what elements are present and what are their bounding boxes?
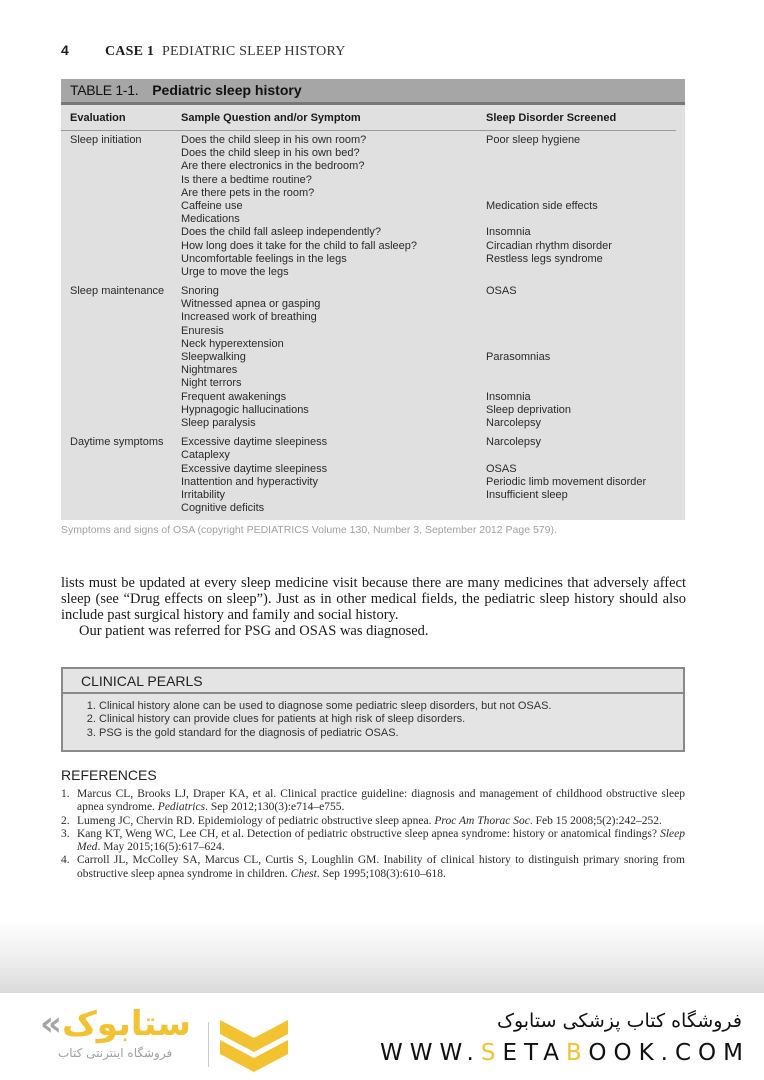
symptom-cell: Urge to move the legs [181, 266, 289, 279]
references-title: REFERENCES [61, 767, 157, 783]
table-row: Does the child sleep in his own room?Poo… [61, 134, 685, 147]
chevron-emblem-icon [218, 1016, 290, 1076]
body-paragraph: lists must be updated at every sleep med… [61, 575, 686, 623]
logo-divider [208, 1022, 209, 1067]
reference-post: . Sep 1995;108(3):610–618. [317, 868, 446, 880]
table-row: SleepwalkingParasomnias [61, 351, 685, 364]
table-row: Increased work of breathing [61, 311, 685, 324]
url-part: WWW. [380, 1040, 481, 1066]
table-body: Sleep initiationDoes the child sleep in … [61, 134, 685, 515]
watermark-footer: «ستابوک فروشگاه اینترنتی کتاب فروشگاه کت… [0, 994, 764, 1080]
store-name: فروشگاه کتاب پزشکی ستابوک [497, 1010, 742, 1032]
reference-item: 2.Lumeng JC, Chervin RD. Epidemiology of… [61, 815, 685, 828]
table-label: TABLE 1-1. [70, 82, 138, 98]
disorder-cell: Insufficient sleep [486, 489, 568, 502]
symptom-cell: Snoring [181, 285, 219, 298]
table-row-group: Daytime symptomsExcessive daytime sleepi… [61, 436, 685, 515]
symptom-cell: Witnessed apnea or gasping [181, 298, 320, 311]
body-paragraph: Our patient was referred for PSG and OSA… [61, 623, 686, 639]
setabook-logo: «ستابوک فروشگاه اینترنتی کتاب [40, 1004, 290, 1069]
symptom-cell: Does the child sleep in his own bed? [181, 147, 360, 160]
clinical-pearls-title: CLINICAL PEARLS [63, 669, 683, 694]
symptom-cell: Are there electronics in the bedroom? [181, 160, 364, 173]
reference-num: 3. [61, 828, 70, 841]
symptom-cell: Cognitive deficits [181, 502, 264, 515]
double-chevron-icon: « [40, 1004, 62, 1044]
symptom-cell: Increased work of breathing [181, 311, 317, 324]
symptom-cell: Inattention and hyperactivity [181, 476, 318, 489]
table-row: Does the child fall asleep independently… [61, 226, 685, 239]
reference-post: . May 2015;16(5):617–624. [97, 841, 224, 853]
disorder-cell: Medication side effects [486, 200, 598, 213]
symptom-cell: Is there a bedtime routine? [181, 174, 312, 187]
url-part: ETA [502, 1040, 566, 1066]
disorder-cell: Periodic limb movement disorder [486, 476, 646, 489]
table-header: Evaluation Sample Question and/or Sympto… [61, 112, 676, 131]
running-head: 4 CASE 1 PEDIATRIC SLEEP HISTORY [61, 42, 346, 60]
clinical-pearls-list: Clinical history alone can be used to di… [63, 700, 683, 740]
disorder-cell: Narcolepsy [486, 417, 541, 430]
references-list: 1.Marcus CL, Brooks LJ, Draper KA, et al… [61, 788, 685, 881]
table-row-group: Sleep initiationDoes the child sleep in … [61, 134, 685, 279]
symptom-cell: Sleep paralysis [181, 417, 256, 430]
table-footnote: Symptoms and signs of OSA (copyright PED… [61, 524, 557, 536]
table-row: SnoringOSAS [61, 285, 685, 298]
table-row: IrritabilityInsufficient sleep [61, 489, 685, 502]
disorder-cell: Insomnia [486, 391, 531, 404]
reference-journal: Pediatrics [158, 801, 205, 813]
table-row: Urge to move the legs [61, 266, 685, 279]
store-url: WWW.SETABOOK.COM [380, 1040, 750, 1066]
table-row: Enuresis [61, 325, 685, 338]
url-part: S [481, 1040, 503, 1066]
disorder-cell: Sleep deprivation [486, 404, 571, 417]
reference-journal: Chest [291, 868, 317, 880]
table-row: How long does it take for the child to f… [61, 240, 685, 253]
table-row: Nightmares [61, 364, 685, 377]
disorder-cell: Parasomnias [486, 351, 550, 364]
table-row: Night terrors [61, 377, 685, 390]
table-row: Hypnagogic hallucinationsSleep deprivati… [61, 404, 685, 417]
disorder-cell: Insomnia [486, 226, 531, 239]
symptom-cell: Medications [181, 213, 240, 226]
column-header-disorder: Sleep Disorder Screened [486, 112, 616, 124]
sleep-history-table: TABLE 1-1. Pediatric sleep history Evalu… [61, 79, 685, 520]
page-number: 4 [61, 42, 105, 58]
symptom-cell: Sleepwalking [181, 351, 246, 364]
table-row: Is there a bedtime routine? [61, 174, 685, 187]
reference-post: . Sep 2012;130(3):e714–e755. [205, 801, 344, 813]
reference-item: 1.Marcus CL, Brooks LJ, Draper KA, et al… [61, 788, 685, 815]
symptom-cell: Excessive daytime sleepiness [181, 463, 327, 476]
table-caption: TABLE 1-1. Pediatric sleep history [61, 79, 685, 105]
reference-pre: Lumeng JC, Chervin RD. Epidemiology of p… [77, 815, 434, 827]
table-row: Are there pets in the room? [61, 187, 685, 200]
table-row: Witnessed apnea or gasping [61, 298, 685, 311]
reference-num: 4. [61, 854, 70, 867]
disorder-cell: Poor sleep hygiene [486, 134, 580, 147]
logo-subtitle: فروشگاه اینترنتی کتاب [58, 1046, 172, 1060]
symptom-cell: Frequent awakenings [181, 391, 286, 404]
symptom-cell: Are there pets in the room? [181, 187, 314, 200]
symptom-cell: Caffeine use [181, 200, 243, 213]
table-row: Sleep paralysisNarcolepsy [61, 417, 685, 430]
table-row: Excessive daytime sleepinessNarcolepsy [61, 436, 685, 449]
clinical-pearls-box: CLINICAL PEARLS Clinical history alone c… [61, 667, 685, 752]
table-row-group: Sleep maintenanceSnoringOSASWitnessed ap… [61, 285, 685, 430]
body-text: lists must be updated at every sleep med… [61, 575, 686, 639]
reference-pre: Kang KT, Weng WC, Lee CH, et al. Detecti… [77, 828, 660, 840]
reference-item: 3.Kang KT, Weng WC, Lee CH, et al. Detec… [61, 828, 685, 855]
column-header-evaluation: Evaluation [70, 112, 126, 124]
symptom-cell: Enuresis [181, 325, 224, 338]
table-row: Inattention and hyperactivityPeriodic li… [61, 476, 685, 489]
table-row: Excessive daytime sleepinessOSAS [61, 463, 685, 476]
logo-wordmark: «ستابوک [40, 1004, 191, 1044]
case-title: PEDIATRIC SLEEP HISTORY [162, 44, 346, 60]
table-row: Does the child sleep in his own bed? [61, 147, 685, 160]
table-row: Cataplexy [61, 449, 685, 462]
symptom-cell: Uncomfortable feelings in the legs [181, 253, 347, 266]
symptom-cell: Nightmares [181, 364, 237, 377]
logo-text: ستابوک [62, 1004, 191, 1044]
pearl-item: PSG is the gold standard for the diagnos… [99, 727, 683, 740]
case-label: CASE 1 [105, 44, 154, 60]
symptom-cell: Hypnagogic hallucinations [181, 404, 309, 417]
column-header-symptom: Sample Question and/or Symptom [181, 112, 361, 124]
table-row: Medications [61, 213, 685, 226]
reference-journal: Proc Am Thorac Soc [434, 815, 530, 827]
symptom-cell: Irritability [181, 489, 225, 502]
disorder-cell: OSAS [486, 285, 517, 298]
reference-post: . Feb 15 2008;5(2):242–252. [530, 815, 662, 827]
symptom-cell: Does the child fall asleep independently… [181, 226, 381, 239]
disorder-cell: OSAS [486, 463, 517, 476]
disorder-cell: Narcolepsy [486, 436, 541, 449]
reference-item: 4.Carroll JL, McColley SA, Marcus CL, Cu… [61, 854, 685, 881]
table-row: Neck hyperextension [61, 338, 685, 351]
pearl-item: Clinical history can provide clues for p… [99, 713, 683, 726]
table-row: Caffeine useMedication side effects [61, 200, 685, 213]
url-part: OOK.COM [588, 1040, 750, 1066]
table-row: Cognitive deficits [61, 502, 685, 515]
symptom-cell: Cataplexy [181, 449, 230, 462]
table-title: Pediatric sleep history [152, 82, 301, 98]
reference-num: 1. [61, 788, 70, 801]
table-row: Uncomfortable feelings in the legsRestle… [61, 253, 685, 266]
symptom-cell: Neck hyperextension [181, 338, 284, 351]
symptom-cell: How long does it take for the child to f… [181, 240, 417, 253]
table-row: Are there electronics in the bedroom? [61, 160, 685, 173]
symptom-cell: Excessive daytime sleepiness [181, 436, 327, 449]
disorder-cell: Circadian rhythm disorder [486, 240, 612, 253]
symptom-cell: Does the child sleep in his own room? [181, 134, 366, 147]
url-part: B [566, 1040, 588, 1066]
page-bottom-shadow [0, 920, 764, 993]
symptom-cell: Night terrors [181, 377, 242, 390]
table-row: Frequent awakeningsInsomnia [61, 391, 685, 404]
disorder-cell: Restless legs syndrome [486, 253, 603, 266]
reference-num: 2. [61, 815, 70, 828]
pearl-item: Clinical history alone can be used to di… [99, 700, 683, 713]
